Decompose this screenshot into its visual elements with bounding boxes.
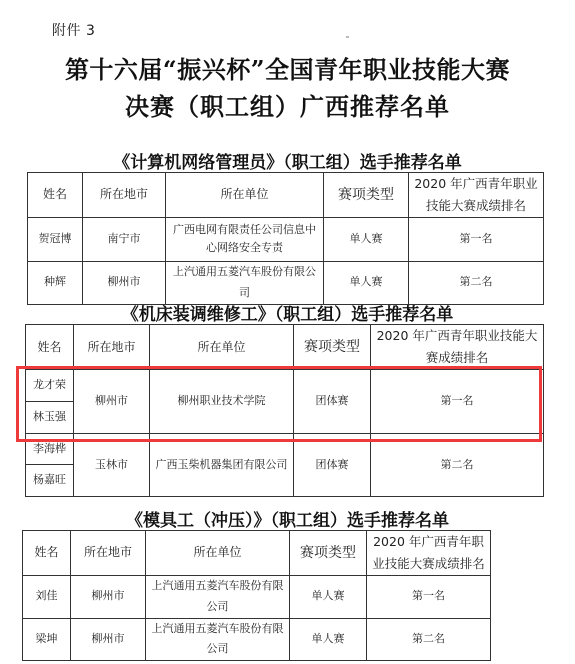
cell-event-type: 单人赛 bbox=[324, 261, 409, 304]
document-title-line2: 决赛（职工组）广西推荐名单 bbox=[0, 87, 575, 122]
cell-rank: 第二名 bbox=[367, 618, 491, 661]
cell-event-type: 单人赛 bbox=[290, 618, 367, 661]
cell-name: 龙才荣 bbox=[26, 370, 74, 402]
cell-city: 柳州市 bbox=[71, 575, 146, 618]
cell-unit: 上汽通用五菱汽车股份有限公司 bbox=[146, 618, 290, 661]
table-row: 龙才荣 柳州市 柳州职业技术学院 团体赛 第一名 bbox=[26, 370, 544, 402]
cell-unit: 柳州职业技术学院 bbox=[150, 370, 294, 434]
header-unit: 所在单位 bbox=[146, 531, 290, 576]
header-unit: 所在单位 bbox=[166, 173, 324, 218]
cell-unit: 上汽通用五菱汽车股份有限公司 bbox=[166, 261, 324, 304]
header-event-type: 赛项类型 bbox=[294, 325, 371, 370]
cell-city: 柳州市 bbox=[74, 370, 150, 434]
cell-event-type: 团体赛 bbox=[294, 434, 371, 497]
attachment-label: 附件 3 bbox=[52, 20, 95, 40]
header-event-type: 赛项类型 bbox=[290, 531, 367, 576]
header-name: 姓名 bbox=[28, 173, 83, 218]
cell-city: 玉林市 bbox=[74, 434, 150, 497]
table-header-row: 姓名 所在地市 所在单位 赛项类型 2020 年广西青年职业技能大赛成绩排名 bbox=[23, 531, 491, 576]
header-unit: 所在单位 bbox=[150, 325, 294, 370]
cell-name: 种辉 bbox=[28, 261, 83, 304]
cell-rank: 第一名 bbox=[367, 575, 491, 618]
cell-rank: 第一名 bbox=[371, 370, 544, 434]
header-event-type: 赛项类型 bbox=[324, 173, 409, 218]
cell-rank: 第一名 bbox=[409, 217, 544, 261]
cell-name: 林玉强 bbox=[26, 402, 74, 434]
cell-name: 杨嘉旺 bbox=[26, 465, 74, 497]
document-title-line1: 第十六届“振兴杯”全国青年职业技能大赛 bbox=[0, 50, 575, 85]
header-city: 所在地市 bbox=[71, 531, 146, 576]
table-row: 李海桦 玉林市 广西玉柴机器集团有限公司 团体赛 第二名 bbox=[26, 434, 544, 465]
header-rank: 2020 年广西青年职业技能大赛成绩排名 bbox=[367, 531, 491, 576]
cell-rank: 第二名 bbox=[371, 434, 544, 497]
header-rank: 2020 年广西青年职业技能大赛成绩排名 bbox=[409, 173, 544, 218]
table-computer-network: 姓名 所在地市 所在单位 赛项类型 2020 年广西青年职业技能大赛成绩排名 贺… bbox=[27, 172, 544, 305]
header-city: 所在地市 bbox=[74, 325, 150, 370]
cell-city: 柳州市 bbox=[83, 261, 166, 304]
table-row: 种辉 柳州市 上汽通用五菱汽车股份有限公司 单人赛 第二名 bbox=[28, 261, 544, 304]
cell-name: 贺冠博 bbox=[28, 217, 83, 261]
table-header-row: 姓名 所在地市 所在单位 赛项类型 2020 年广西青年职业技能大赛成绩排名 bbox=[28, 173, 544, 218]
table-row: 贺冠博 南宁市 广西电网有限责任公司信息中心网络安全专责 单人赛 第一名 bbox=[28, 217, 544, 261]
table-header-row: 姓名 所在地市 所在单位 赛项类型 2020 年广西青年职业技能大赛成绩排名 bbox=[26, 325, 544, 370]
section-title-computer-network: 《计算机网络管理员》（职工组）选手推荐名单 bbox=[0, 148, 575, 173]
section-title-machine-tool: 《机床装调维修工》（职工组）选手推荐名单 bbox=[0, 300, 575, 325]
table-machine-tool: 姓名 所在地市 所在单位 赛项类型 2020 年广西青年职业技能大赛成绩排名 龙… bbox=[25, 324, 544, 497]
cell-name: 刘佳 bbox=[23, 575, 71, 618]
cell-name: 李海桦 bbox=[26, 434, 74, 465]
cell-city: 柳州市 bbox=[71, 618, 146, 661]
header-city: 所在地市 bbox=[83, 173, 166, 218]
table-row: 刘佳 柳州市 上汽通用五菱汽车股份有限公司 单人赛 第一名 bbox=[23, 575, 491, 618]
cell-event-type: 团体赛 bbox=[294, 370, 371, 434]
header-name: 姓名 bbox=[23, 531, 71, 576]
cell-event-type: 单人赛 bbox=[324, 217, 409, 261]
section-title-die-maker: 《模具工（冲压）》（职工组）选手推荐名单 bbox=[0, 506, 575, 531]
table-row: 梁坤 柳州市 上汽通用五菱汽车股份有限公司 单人赛 第二名 bbox=[23, 618, 491, 661]
header-rank: 2020 年广西青年职业技能大赛成绩排名 bbox=[371, 325, 544, 370]
cell-unit: 上汽通用五菱汽车股份有限公司 bbox=[146, 575, 290, 618]
header-name: 姓名 bbox=[26, 325, 74, 370]
cell-name: 梁坤 bbox=[23, 618, 71, 661]
cell-unit: 广西玉柴机器集团有限公司 bbox=[150, 434, 294, 497]
cell-city: 南宁市 bbox=[83, 217, 166, 261]
cell-rank: 第二名 bbox=[409, 261, 544, 304]
scan-speck bbox=[346, 36, 349, 38]
cell-event-type: 单人赛 bbox=[290, 575, 367, 618]
cell-unit: 广西电网有限责任公司信息中心网络安全专责 bbox=[166, 217, 324, 261]
table-die-maker: 姓名 所在地市 所在单位 赛项类型 2020 年广西青年职业技能大赛成绩排名 刘… bbox=[22, 530, 491, 661]
